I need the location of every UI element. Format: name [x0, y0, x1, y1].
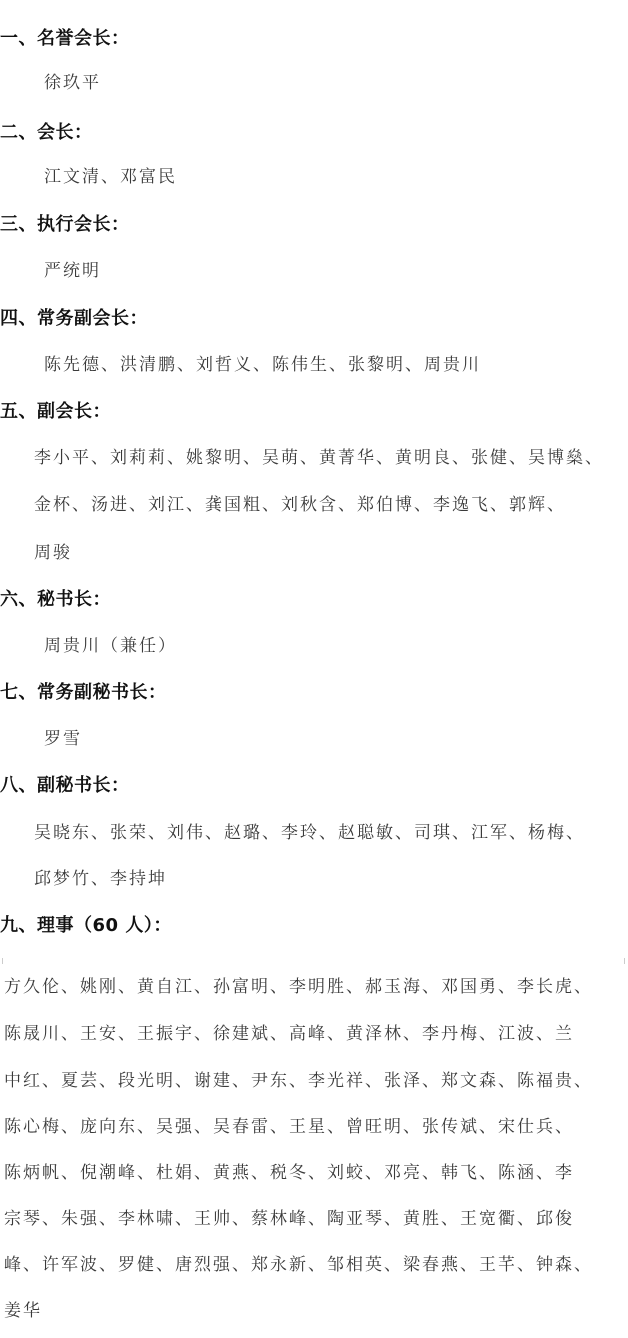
standing-vice-president-names: 陈先德、洪清鹏、刘哲义、陈伟生、张黎明、周贵川: [44, 350, 481, 375]
deputy-secretary-general-names-line-2: 邱梦竹、李持坤: [34, 864, 167, 889]
section-heading-president: 二、会长：: [0, 118, 93, 144]
section-heading-directors: 九、理事（60 人）：: [0, 911, 172, 937]
section-heading-standing-deputy-secretary-general: 七、常务副秘书长：: [0, 678, 167, 704]
section-heading-deputy-secretary-general: 八、副秘书长：: [0, 771, 130, 797]
page-edge-mark-left: [2, 958, 3, 964]
page-edge-mark-right: [624, 958, 625, 964]
secretary-general-names: 周贵川（兼任）: [44, 631, 177, 656]
executive-president-names: 严统明: [44, 256, 101, 281]
directors-names-line-4: 陈心梅、庞向东、吴强、吴春雷、王星、曾旺明、张传斌、宋仕兵、: [4, 1112, 574, 1137]
directors-names-line-2: 陈晟川、王安、王振宇、徐建斌、高峰、黄泽林、李丹梅、江波、兰: [4, 1019, 574, 1044]
directors-names-line-7: 峰、许军波、罗健、唐烈强、郑永新、邹相英、梁春燕、王芊、钟森、: [4, 1250, 593, 1275]
section-heading-standing-vice-president: 四、常务副会长：: [0, 304, 148, 330]
section-heading-executive-president: 三、执行会长：: [0, 210, 130, 236]
vice-president-names-line-3: 周骏: [34, 538, 72, 563]
directors-names-line-8: 姜华: [4, 1296, 42, 1321]
vice-president-names-line-1: 李小平、刘莉莉、姚黎明、吴萌、黄菁华、黄明良、张健、吴博燊、: [34, 443, 604, 468]
directors-names-line-1: 方久伦、姚刚、黄自江、孙富明、李明胜、郝玉海、邓国勇、李长虎、: [4, 972, 593, 997]
section-heading-honorary-president: 一、名誉会长：: [0, 24, 130, 50]
deputy-secretary-general-names-line-1: 吴晓东、张荣、刘伟、赵璐、李玲、赵聪敏、司琪、江军、杨梅、: [34, 818, 585, 843]
directors-names-line-3: 中红、夏芸、段光明、谢建、尹东、李光祥、张泽、郑文森、陈福贵、: [4, 1066, 593, 1091]
vice-president-names-line-2: 金杯、汤进、刘江、龚国粗、刘秋含、郑伯博、李逸飞、郭辉、: [34, 490, 566, 515]
honorary-president-names: 徐玖平: [44, 68, 101, 93]
standing-deputy-secretary-general-names: 罗雪: [44, 724, 82, 749]
president-names: 江文清、邓富民: [44, 162, 177, 187]
directors-names-line-5: 陈炳帆、倪潮峰、杜娟、黄燕、税冬、刘蛟、邓亮、韩飞、陈涵、李: [4, 1158, 574, 1183]
section-heading-vice-president: 五、副会长：: [0, 397, 111, 423]
directors-names-line-6: 宗琴、朱强、李林啸、王帅、蔡林峰、陶亚琴、黄胜、王宽衢、邱俊: [4, 1204, 574, 1229]
section-heading-secretary-general: 六、秘书长：: [0, 585, 111, 611]
